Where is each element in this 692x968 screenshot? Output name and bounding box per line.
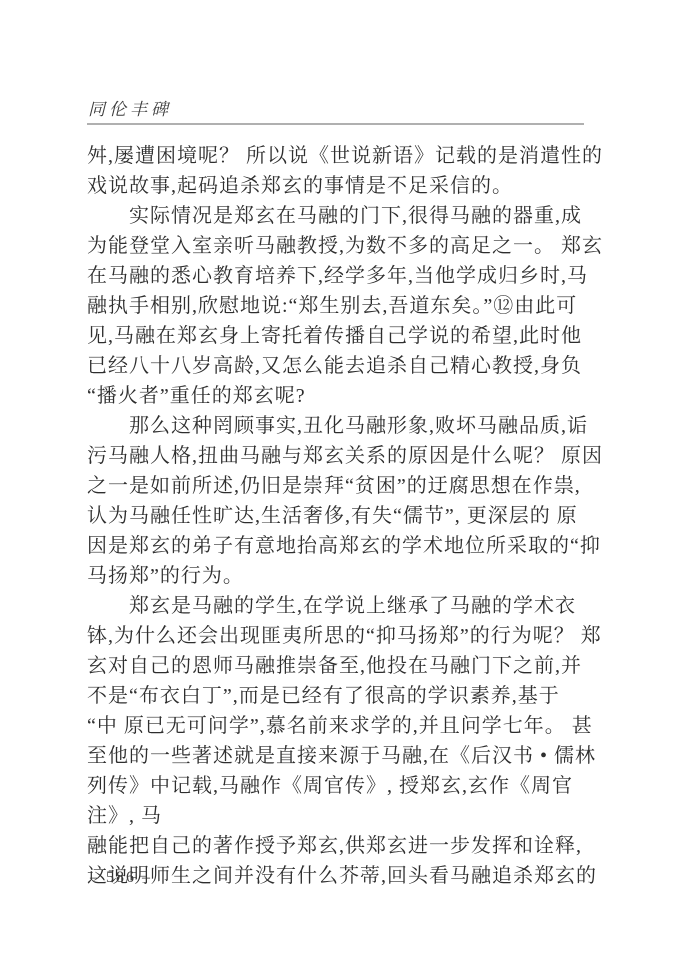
paragraph: 郑玄是马融的学生,在学说上继承了马融的学术衣 钵,为什么还会出现匪夷所思的“抑马… (87, 591, 611, 891)
book-page: 同伦丰碑 舛,屡遭困境呢？ 所以说《世说新语》记载的是消遣性的 戏说故事,起码追… (0, 0, 692, 968)
page-number: – 586 – (90, 869, 152, 887)
body-text: 舛,屡遭困境呢？ 所以说《世说新语》记载的是消遣性的 戏说故事,起码追杀郑玄的事… (87, 141, 611, 891)
paragraph-continuation: 舛,屡遭困境呢？ 所以说《世说新语》记载的是消遣性的 戏说故事,起码追杀郑玄的事… (87, 141, 611, 201)
paragraph: 实际情况是郑玄在马融的门下,很得马融的器重,成 为能登堂入室亲听马融教授,为数不… (87, 201, 611, 411)
running-head-title: 同伦丰碑 (88, 95, 172, 120)
header-divider (87, 123, 584, 125)
paragraph: 那么这种罔顾事实,丑化马融形象,败坏马融品质,诟 污马融人格,扭曲马融与郑玄关系… (87, 411, 611, 591)
